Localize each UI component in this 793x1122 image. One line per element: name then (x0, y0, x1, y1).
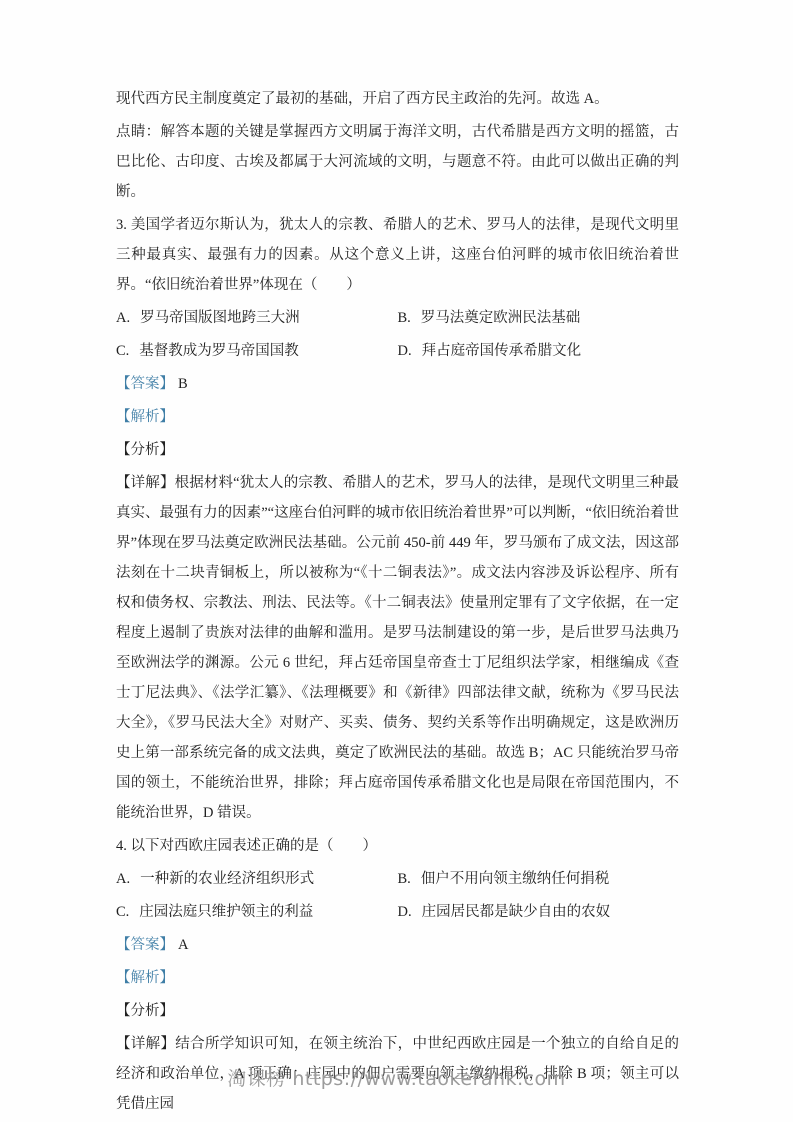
question-4-options-row-2: C. 庄园法庭只维护领主的利益 D. 庄园居民都是缺少自由的农奴 (116, 897, 679, 927)
question-3-detail: 【详解】根据材料“犹太人的宗教、希腊人的艺术，罗马人的法律，是现代文明里三种最真… (116, 468, 679, 828)
answer-value: A (178, 937, 188, 953)
option-b-label: B. (398, 864, 411, 894)
answer-tag: 【答案】 (116, 376, 174, 392)
fenxi-tag: 【分析】 (116, 1003, 174, 1019)
question-3-block: 3. 美国学者迈尔斯认为，犹太人的宗教、希腊人的艺术、罗马人的法律，是现代文明里… (116, 210, 679, 828)
question-4-option-c: C. 庄园法庭只维护领主的利益 (116, 897, 398, 927)
fenxi-tag: 【分析】 (116, 442, 174, 458)
document-content: 现代西方民主制度奠定了最初的基础，开启了西方民主政治的先河。故选 A。 点睛：解… (116, 84, 679, 1122)
option-a-text: 罗马帝国版图地跨三大洲 (140, 303, 300, 333)
option-d-text: 庄园居民都是缺少自由的农奴 (422, 897, 611, 927)
question-3-options-row-1: A. 罗马帝国版图地跨三大洲 B. 罗马法奠定欧洲民法基础 (116, 303, 679, 333)
option-c-text: 基督教成为罗马帝国国教 (139, 336, 299, 366)
option-d-text: 拜占庭帝国传承希腊文化 (422, 336, 582, 366)
option-c-text: 庄园法庭只维护领主的利益 (139, 897, 313, 927)
option-b-text: 佃户不用向领主缴纳任何捐税 (421, 864, 610, 894)
option-d-label: D. (398, 897, 412, 927)
tip-paragraph: 点睛：解答本题的关键是掌握西方文明属于海洋文明，古代希腊是西方文明的摇篮，古巴比… (116, 117, 679, 207)
detail-tag: 【详解】 (116, 1036, 175, 1052)
option-a-text: 一种新的农业经济组织形式 (140, 864, 314, 894)
detail-text: 根据材料“犹太人的宗教、希腊人的艺术，罗马人的法律，是现代文明里三种最真实、最强… (116, 475, 679, 821)
detail-tag: 【详解】 (116, 475, 175, 491)
answer-value: B (178, 376, 188, 392)
option-a-label: A. (116, 864, 130, 894)
answer-tag: 【答案】 (116, 937, 174, 953)
question-3-option-a: A. 罗马帝国版图地跨三大洲 (116, 303, 398, 333)
question-4-fenxi-row: 【分析】 (116, 996, 679, 1026)
option-d-label: D. (398, 336, 412, 366)
question-4-answer-row: 【答案】A (116, 930, 679, 960)
question-3-answer-row: 【答案】B (116, 369, 679, 399)
conclusion-text: 现代西方民主制度奠定了最初的基础，开启了西方民主政治的先河。故选 A。 (116, 84, 679, 114)
question-3-option-c: C. 基督教成为罗马帝国国教 (116, 336, 398, 366)
question-3-fenxi-row: 【分析】 (116, 435, 679, 465)
question-3-option-b: B. 罗马法奠定欧洲民法基础 (398, 303, 680, 333)
question-3-options-row-2: C. 基督教成为罗马帝国国教 D. 拜占庭帝国传承希腊文化 (116, 336, 679, 366)
question-4-options-row-1: A. 一种新的农业经济组织形式 B. 佃户不用向领主缴纳任何捐税 (116, 864, 679, 894)
jiexi-tag: 【解析】 (116, 409, 174, 425)
question-4-option-b: B. 佃户不用向领主缴纳任何捐税 (398, 864, 680, 894)
option-c-label: C. (116, 897, 129, 927)
option-a-label: A. (116, 303, 130, 333)
question-4-stem: 4. 以下对西欧庄园表述正确的是（ ） (116, 831, 679, 861)
site-watermark: 淘课榜 https://www.taokerank.com (0, 1064, 793, 1091)
question-4-option-d: D. 庄园居民都是缺少自由的农奴 (398, 897, 680, 927)
document-page: 现代西方民主制度奠定了最初的基础，开启了西方民主政治的先河。故选 A。 点睛：解… (0, 0, 793, 1122)
question-4-option-a: A. 一种新的农业经济组织形式 (116, 864, 398, 894)
option-b-label: B. (398, 303, 411, 333)
option-b-text: 罗马法奠定欧洲民法基础 (421, 303, 581, 333)
question-3-option-d: D. 拜占庭帝国传承希腊文化 (398, 336, 680, 366)
question-4-jiexi-row: 【解析】 (116, 963, 679, 993)
option-c-label: C. (116, 336, 129, 366)
question-3-stem: 3. 美国学者迈尔斯认为，犹太人的宗教、希腊人的艺术、罗马人的法律，是现代文明里… (116, 210, 679, 300)
jiexi-tag: 【解析】 (116, 970, 174, 986)
question-3-jiexi-row: 【解析】 (116, 402, 679, 432)
